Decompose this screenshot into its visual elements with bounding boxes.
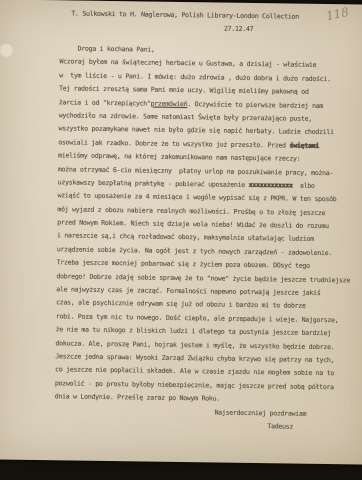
text-segment: Najserdeczniej pozdrawiam: [214, 408, 306, 417]
text-segment: że nie ma tu nikogo z bliskich ludzi i d…: [56, 325, 331, 337]
text-segment: Trzeba jeszcze mocniej pobarować się z ż…: [57, 259, 310, 271]
text-segment: uzyskawszy bezpłatną praktykę - pobierać…: [58, 178, 249, 189]
text-segment: Tadeusz: [267, 422, 293, 430]
text-segment: dnia w Londynie. Prześlę zaraz po Nowym …: [55, 392, 220, 402]
text-segment: dokucza. Ale, proszę Pani, hojrak jestem…: [55, 339, 334, 351]
text-segment: przemówień: [150, 99, 187, 108]
text-segment: mój wyjazd z obozu nabiera realnych możl…: [57, 205, 325, 217]
scan-background: { "colors": { "background": "#14110c", "…: [0, 0, 362, 480]
text-segment: pozwolić - po prostu byłoby niebezpieczn…: [55, 379, 334, 391]
text-segment: albo: [292, 181, 314, 189]
text-segment: dobrego! Dobrze zdaję sobie sprawę że to…: [56, 272, 350, 284]
text-segment: Tej radości zresztą sama Pani mnie uczy.…: [59, 84, 309, 95]
text-segment: przed Nowym Rokiem. Niech się dzieje wol…: [57, 218, 329, 230]
text-segment: Jeszcze jedna sprawa: Wysoki Zarząd Zwią…: [55, 352, 334, 364]
text-segment: Droga i kochana Pani,: [77, 45, 154, 54]
text-segment: wychodziło na zdrowie. Same natomiast Św…: [59, 111, 312, 123]
letter-paper: T. Sulkowski to H. Naglerowa, Polish Lib…: [0, 0, 362, 465]
text-segment: i nareszcie są,i chcą rozładować obozy, …: [57, 232, 314, 244]
text-segment: w tym liście - u Pani. I mówię: dużo zdr…: [59, 71, 331, 83]
text-segment: Wczoraj byłem na świątecznej herbacie u …: [59, 58, 316, 70]
text-segment: żarcia i od "krzepiących": [59, 98, 151, 107]
text-segment: ale najwyższy czas je zacząć. Formalnośc…: [56, 285, 320, 297]
text-segment: co jeszcze nie popłacili składek. Ale w …: [55, 366, 334, 378]
text-segment: mieliśmy odprawę, na której zakomunikowa…: [58, 151, 300, 162]
letter-body: Droga i kochana Pani,Wczoraj byłem na św…: [0, 41, 362, 435]
text-segment: czas, ale psychicznie odrywam się już od…: [56, 299, 306, 310]
text-segment: świętami: [289, 141, 318, 149]
text-segment: urządzenie sobie życia. Na ogół jest z t…: [57, 245, 332, 257]
text-segment: . Oczywiście to pierwsze bardziej nam: [187, 100, 323, 110]
text-segment: robi. Poza tym nic tu nowego. Dość ciepł…: [56, 312, 339, 324]
text-segment: osowiali jak rzadko. Dobrze że to wszyst…: [58, 138, 289, 149]
text-segment: można otrzymać 6-cio miesięczny płatny u…: [58, 165, 333, 177]
text-segment: wziąść to uposażenie za 4 miesiące i wog…: [57, 192, 336, 204]
text-segment: wszystko pozamykane nawet nie było gdzie…: [58, 125, 333, 137]
text-segment: xxxxxxxxxxxx: [248, 181, 292, 190]
